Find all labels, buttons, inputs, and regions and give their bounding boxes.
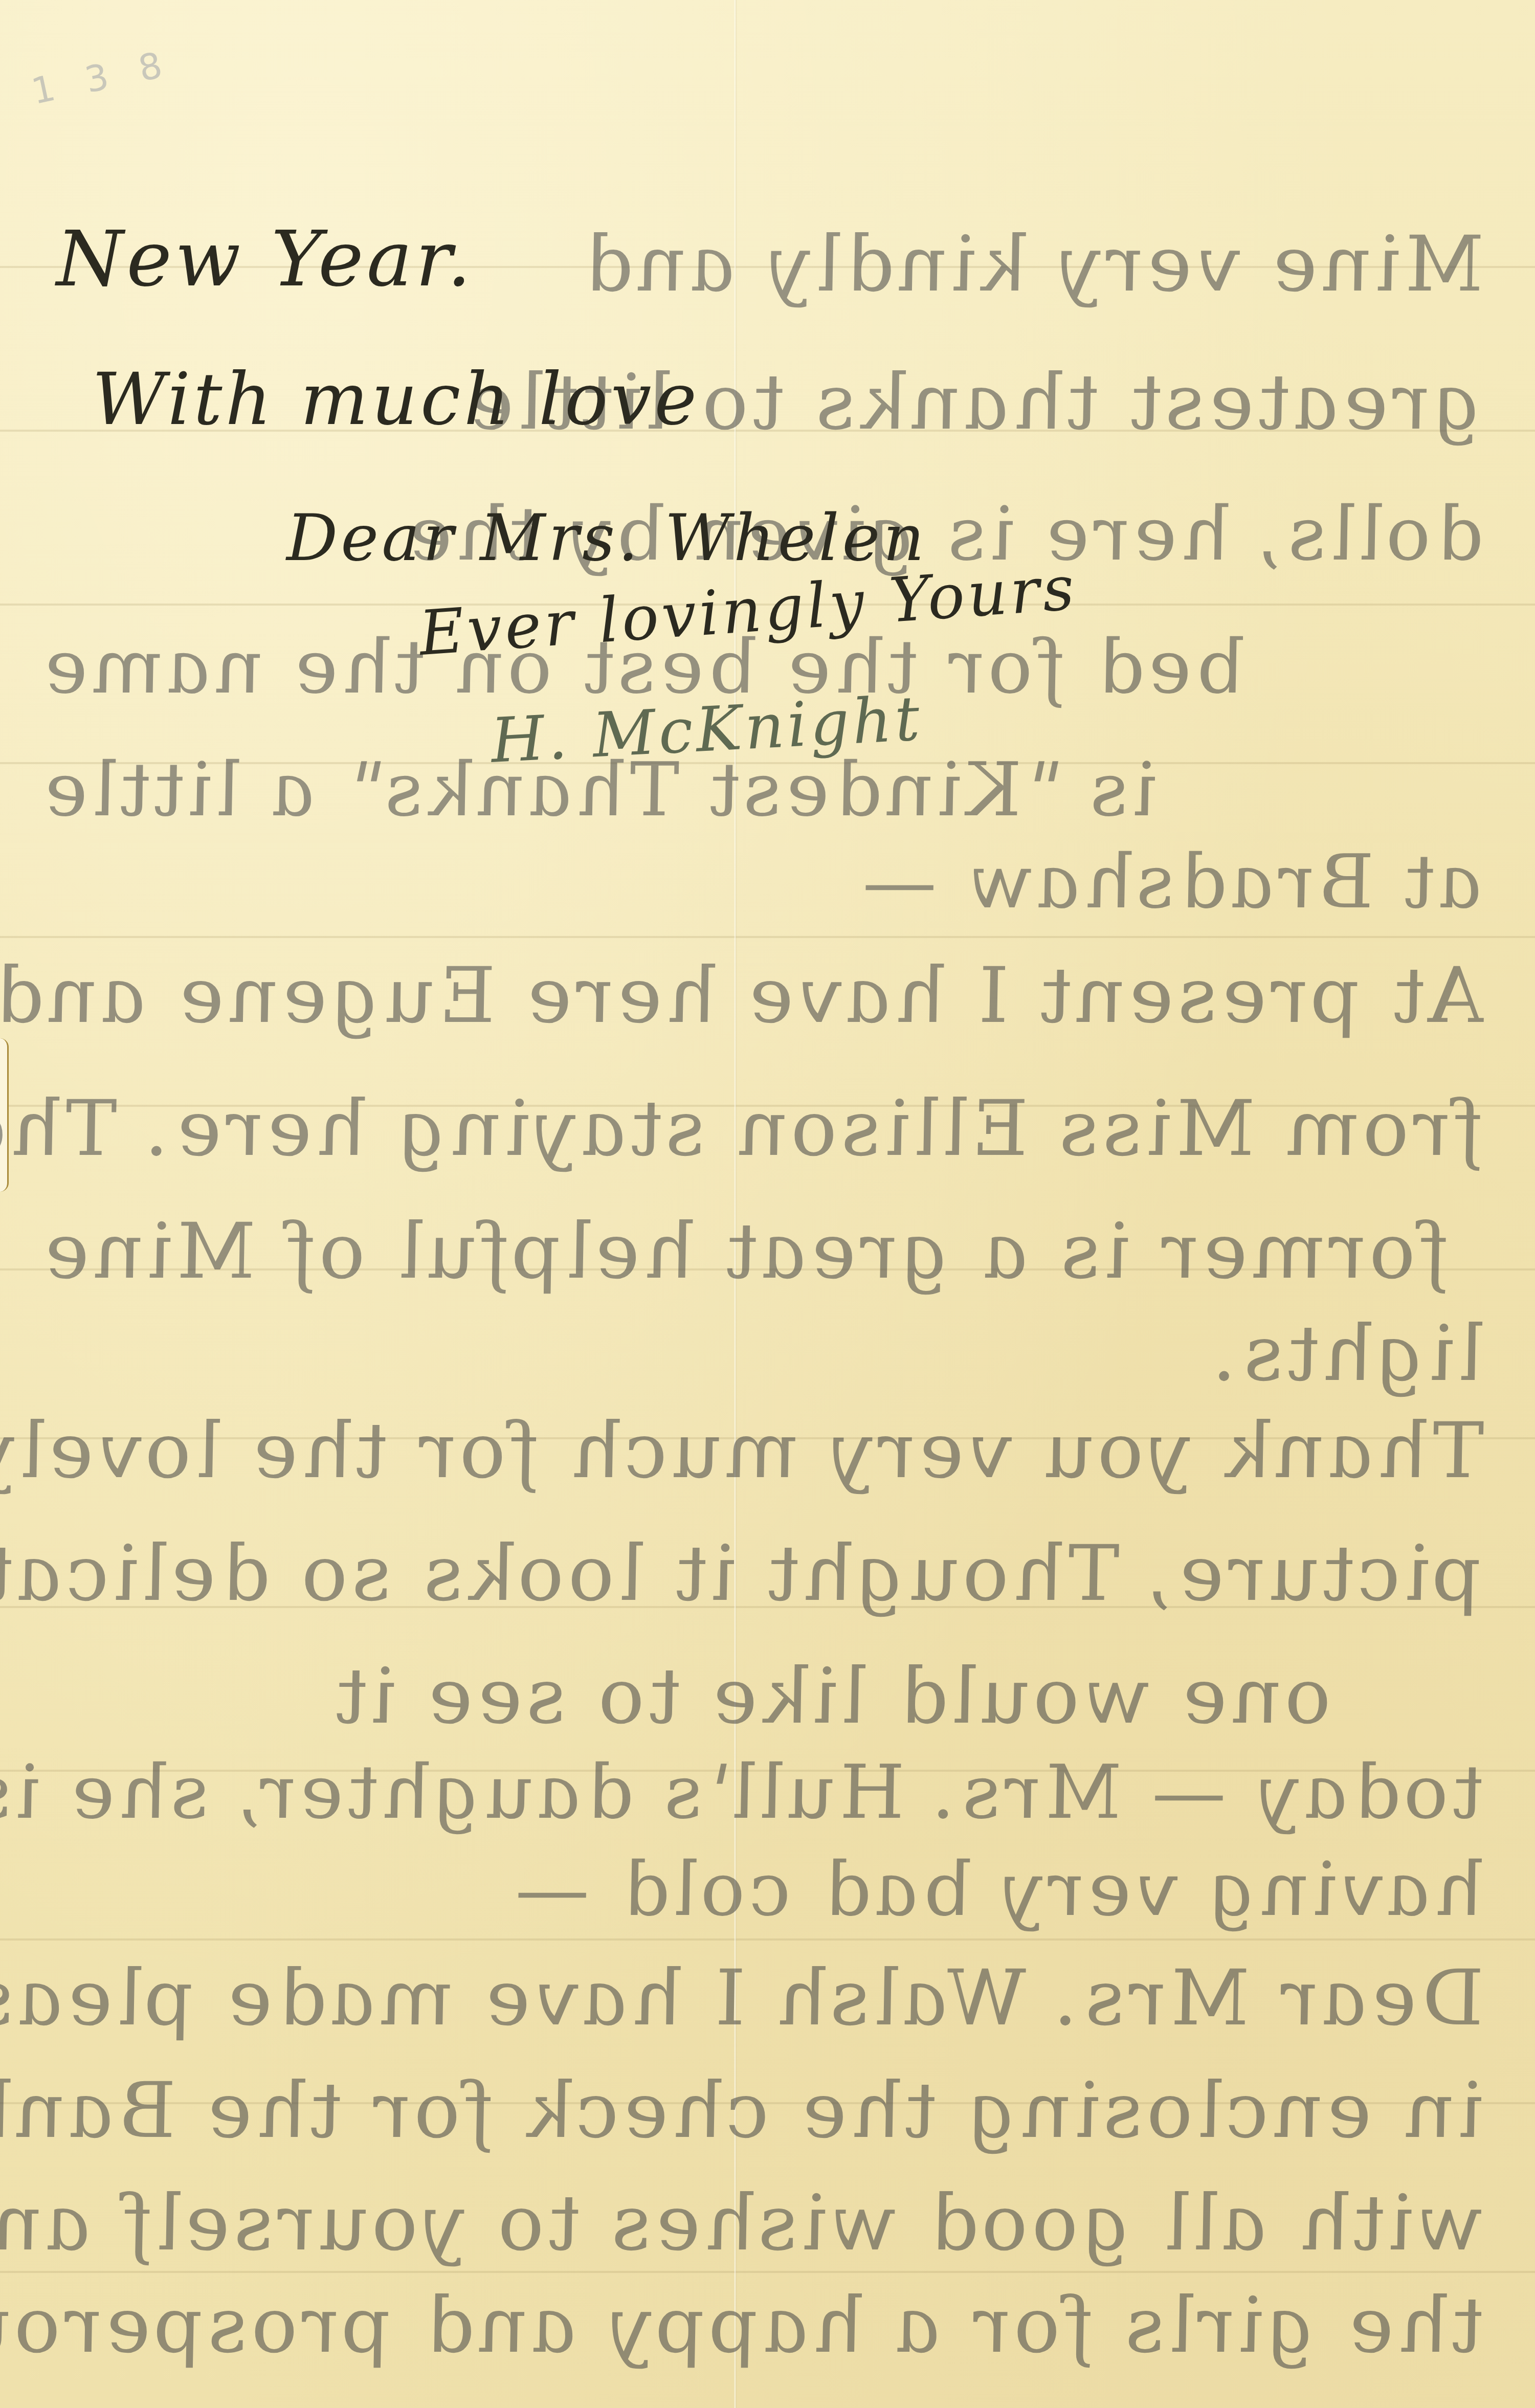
greeting-line: New Year. [56, 215, 474, 304]
show-through-line: picture, Thought it looks so delicate [195, 1529, 1493, 1618]
ruled-line [0, 1938, 1535, 1941]
show-through-line: at Bradshaw — [886, 839, 1493, 925]
show-through-line: with all good wishes to yourself and [52, 2179, 1493, 2268]
letter-page: 1 3 8 Mine very kindly and greatest than… [0, 0, 1535, 2408]
show-through-line: Mine very kindly and [758, 220, 1493, 309]
show-through-line: one would like to see it [323, 1652, 1493, 1741]
show-through-line: Dear Mrs. Walsh I have made pleasure [52, 1954, 1493, 2043]
pencil-corner-marks: 1 3 8 [28, 42, 176, 113]
show-through-line: the girls for a happy and prosperous [52, 2281, 1493, 2370]
show-through-line: greatest thanks to little [579, 358, 1493, 447]
show-through-line: Thank you very much for the lovely [52, 1407, 1493, 1496]
show-through-line: former is a great helpful of Mine [32, 1207, 1493, 1296]
show-through-line: in enclosing the check for the Bank [52, 2066, 1493, 2155]
show-through-line: from Miss Ellison staying here. The [32, 1084, 1493, 1173]
show-through-line: At present I have here Eugene and [32, 951, 1493, 1040]
ruled-line [0, 936, 1535, 938]
show-through-line: having very bad cold — [528, 1846, 1493, 1933]
ruled-line [0, 2271, 1535, 2273]
addressee-line: Dear Mrs. Whelen [286, 501, 927, 575]
show-through-line: today — Mrs. Hull's daughter, she is [195, 1749, 1493, 1836]
show-through-line: lights. [1208, 1309, 1493, 1398]
love-line: With much love [92, 358, 700, 441]
